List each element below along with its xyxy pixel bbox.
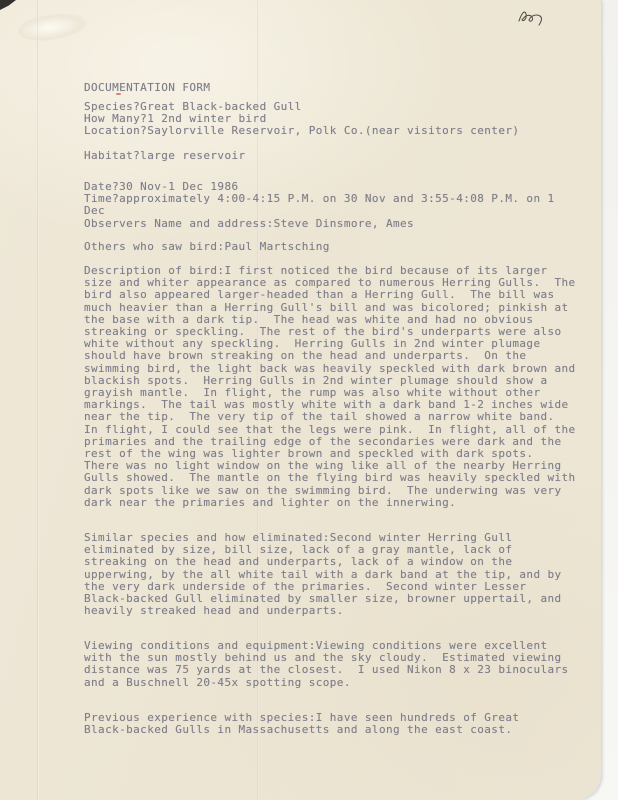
scanned-document: DOCUMENTATION FORM Species?Great Black-b… [0, 0, 618, 800]
field-previous-experience: Previous experience with species:I have … [84, 712, 519, 736]
field-description: Description of bird:I first noticed the … [84, 265, 576, 509]
field-others-who-saw: Others who saw bird:Paul Martsching [84, 241, 330, 253]
red-correction-mark [116, 93, 121, 95]
field-date-time-observers: Date?30 Nov-1 Dec 1986 Time?approximatel… [84, 181, 555, 230]
handwritten-initials [515, 6, 553, 30]
field-species-block: Species?Great Black-backed Gull How Many… [84, 101, 519, 138]
field-habitat: Habitat?large reservoir [84, 150, 246, 162]
form-title: DOCUMENTATION FORM [84, 82, 210, 94]
field-similar-species: Similar species and how eliminated:Secon… [84, 532, 562, 617]
field-viewing-conditions: Viewing conditions and equipment:Viewing… [84, 640, 569, 689]
